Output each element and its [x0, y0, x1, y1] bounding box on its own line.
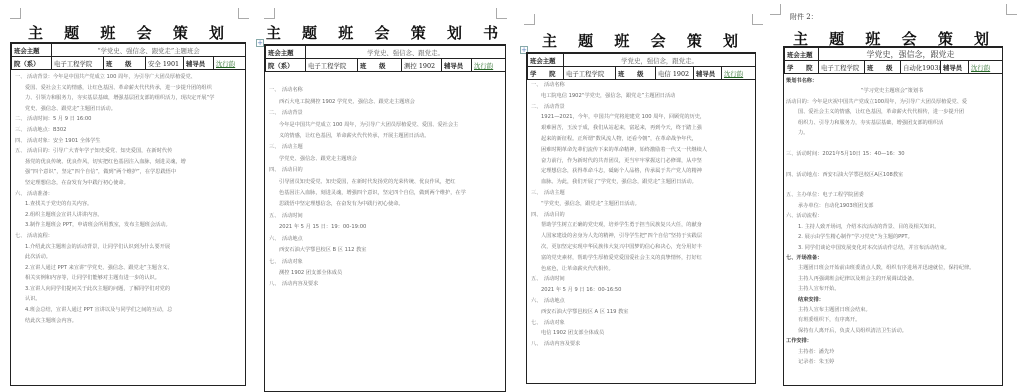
body-line: 强“四个意识”，坚定“四个自信”，做到“两个维护”，在学思践悟中 [15, 167, 241, 178]
theme-value: 学党史，强信念，跟党走。 [564, 54, 756, 67]
body-line: 电工院电信 1902“学党史，强信念，跟党走”主题团日活动 [531, 91, 751, 102]
body-line: 六、 活动地点 [531, 296, 751, 307]
body-line: 力。 [786, 128, 998, 138]
body-line: 七、开场准备： [786, 253, 998, 263]
document-page-4: 附件 2： 主 题 班 会 策 划 书 班会主题 学党史，强信念，跟党走 学 院… [770, 0, 1024, 392]
body-line: 二、 活动背景 [531, 102, 751, 113]
body-line: 色基因注入血脉，刻进灵魂，增强四个意识，坚定四个自信，做到两个维护，在学 [269, 188, 501, 199]
class-value: 电信 1902 [656, 67, 694, 80]
body-line: 结此次主题班会内容。 [15, 316, 241, 327]
theme-value: “学党史、强信念、跟党走”主题班会 [52, 44, 246, 57]
body-line [786, 138, 998, 148]
advisor-label: 辅导员 [694, 67, 722, 80]
crop-mark [524, 14, 535, 25]
body-line: 起来的新征程。正所谓“数风流人物，还看今朝”，在革命战争年代， [531, 134, 751, 145]
body-line: 主持者：潘先玲 [786, 347, 998, 357]
body-line: 承办单位：自动化1903班团支部 [786, 201, 998, 211]
class-label: 班 级 [358, 59, 402, 72]
table-move-handle-icon[interactable]: + [256, 39, 264, 47]
advisor-value: 沈行韵 [969, 61, 1003, 74]
body-line: 2.组织主题班会宣讲人讲讲内容。 [15, 210, 241, 221]
body-line: 色底色，让革命薪火代代相传。 [531, 264, 751, 275]
body-line: 电信 1902 团支部全体成员 [531, 328, 751, 339]
body-line: 3.宣讲人向同学们提问关于此次主题的问题，了解同学们对党的 [15, 284, 241, 295]
body-line: 四、活动地点：西安石油大学鄠邑校区A区108教室 [786, 170, 998, 180]
class-label: 班 级 [616, 67, 656, 80]
class-label: 班 级 [865, 61, 901, 74]
body-line: 党史、强信念、跟党走”主题团日活动。 [15, 104, 241, 115]
class-value: 安全 1901 [146, 57, 184, 70]
dept-label: 院（系） [266, 59, 306, 72]
body-line: “学党史，强信念，跟党走”主题团日活动。 [531, 199, 751, 210]
form-header-table: 班会主题 “学党史、强信念、跟党走”主题班会 院（系） 电子工程学院 班 级 安… [11, 43, 246, 70]
class-value: 测控 1902 [402, 59, 442, 72]
body-line: 六、 活动地点 [269, 234, 501, 245]
body-line: 扬党的优良传统、优良作风，切实把红色基因注入血脉，刻进灵魂，增 [15, 157, 241, 168]
body-line: 测控 1902 团支部全体成员 [269, 268, 501, 279]
body-line: 坚定理想信念，在奋发有为中践行初心使命。 [15, 178, 241, 189]
body-line: 一、 活动名称 [531, 80, 751, 91]
body-line: 富的党史素材，帮助学生厚植爱党爱国爱社会主义的真挚情怀，打好红 [531, 253, 751, 264]
plan-body: 策划书名称：“学习党史主题班会”策划书活动目的：今年是庆祝中国共产党成立100周… [784, 74, 1002, 369]
body-line: 3.制作主题班会 PPT，申请班会所用教室，发布主题班会活动。 [15, 220, 241, 231]
body-line: 国、爱社会主义的情感，让红色基因，革命薪火代代相传，进一步提升团 [786, 107, 998, 117]
body-line: 1. 主持人致开场词，介绍本次活动的背景、目的及相关知识。 [786, 222, 998, 232]
page-title: 主 题 班 会 策 划 书 [264, 22, 508, 43]
body-line: 2.宣讲人通过 PPT 来宣讲“学党史、强信念、跟党走”主题含义、 [15, 263, 241, 274]
body-line: 定理想信念，获得革命斗志，砥砺个人品格，传承属于共产党人的精神 [531, 166, 751, 177]
body-line: 三、 活动主题 [269, 142, 501, 153]
crop-mark [10, 8, 21, 19]
body-line: 1.介绍此次主题班会的活动背景，让同学们认识到为什么要开展 [15, 242, 241, 253]
body-line: 二、 活动背景 [269, 108, 501, 119]
plan-form: 班会主题 “学党史、强信念、跟党走”主题班会 院（系） 电子工程学院 班 级 安… [10, 42, 246, 386]
advisor-label: 辅导员 [442, 59, 472, 72]
document-page-3: 主 题 班 会 策 划 书 + 班会主题 学党史，强信念，跟党走。 学 院 电子… [512, 0, 770, 392]
body-line: 结束安排： [786, 295, 998, 305]
body-line: 一、 活动名称 [269, 85, 501, 96]
plan-form: 班会主题 学党史，强信念，跟党走。 学 院 电子工程学院 班 级 电信 1902… [526, 52, 756, 384]
body-line: 奋力前行，作为新时代的共青团员，更当牢牢掌握这门必修课，从中坚 [531, 156, 751, 167]
form-header-table: 班会主题 学党史，强信念，跟党走。 学 院 电子工程学院 班 级 电信 1902… [527, 53, 756, 80]
body-line: 血脉。为此，我们开展了“学党史，强信念，跟党走”主题团日活动。 [531, 177, 751, 188]
dept-label: 学 院 [785, 61, 819, 74]
plan-body: 一、 活动名称西石大电工院测控 1902 学党史、强信念、跟党走主题班会二、 活… [265, 72, 505, 293]
body-line: 四、 活动目的 [269, 165, 501, 176]
theme-label: 班会主题 [785, 48, 819, 61]
body-line: 西石大电工院测控 1902 学党史、强信念、跟党走主题班会 [269, 97, 501, 108]
body-line: 主题团日班会开始前由班委清点人数，组织有序进场并迅速就位，保持纪律。 [786, 263, 998, 273]
class-label: 班 级 [104, 57, 146, 70]
class-value: 自动化1903班 [901, 61, 941, 74]
body-line: 组织力、引导力和服务力，夯实基层基础，增强团支部的组织活 [786, 118, 998, 128]
crop-mark [1006, 4, 1017, 15]
form-header-table: 班会主题 学党史，强信念，跟党走 学 院 电子工程学院 班 级 自动化1903班… [784, 47, 1003, 74]
body-line: 2021 年 5 月 15 日：19：00-19:00 [269, 222, 501, 233]
body-line: 三、 活动主题 [531, 188, 751, 199]
body-line: 西安石油大学鄠邑校区 A 区 119 教室 [531, 307, 751, 318]
body-line: 主持人宣布开始。 [786, 284, 998, 294]
body-line: 保持有人离开后，负责人员组织清洁卫生活动。 [786, 326, 998, 336]
body-line: 三、 活动地点：B302 [15, 125, 241, 136]
body-line: 策划书名称： [786, 76, 998, 86]
crop-mark [238, 8, 249, 19]
dept-value: 电子工程学院 [564, 67, 616, 80]
body-line: 认识。 [15, 294, 241, 305]
dept-label: 院（系） [12, 57, 52, 70]
theme-label: 班会主题 [528, 54, 564, 67]
body-line: 主持人再强调班会纪律以及班会主的开展调试设备。 [786, 274, 998, 284]
body-line: 西安石油大学鄠邑校区 B 区 112 教室 [269, 245, 501, 256]
dept-label: 学 院 [528, 67, 564, 80]
body-line: 六、活动流程： [786, 211, 998, 221]
body-line: 帮助学生树立正确的党史观，培养学生勇于担当民族复兴大任，的献身 [531, 220, 751, 231]
body-line: 七、 活动对象 [531, 318, 751, 329]
crop-mark [264, 8, 275, 19]
body-line: 五、 活动目的：引导广大青年学子知史爱党、知史爱国，在新时代传 [15, 146, 241, 157]
body-line: 五、 活动时间 [269, 211, 501, 222]
body-line: 今年是中国共产党成立 100 周年，为引导广大团员厚植爱党、爱国、爱社会主 [269, 120, 501, 131]
body-line: 思践悟中坚定理想信念，在奋发有为中践行初心使命。 [269, 199, 501, 210]
plan-body: 一、 活动背景：今年是中国共产党成立 100 周年，为引导广大团员厚植爱党、爱国… [11, 70, 245, 328]
theme-label: 班会主题 [12, 44, 52, 57]
body-line: 3. 同学们谈论中国发展变化对本次活动作总结，并宣布活动结束。 [786, 243, 998, 253]
body-line: 2021 年 5 月 9 日 16：00-16:50 [531, 285, 751, 296]
advisor-value: 沈行韵 [214, 57, 246, 70]
body-line: 力、引领力和服务力，夯实基层基础，增强基层团支部的组织活力，现决定开展“学 [15, 93, 241, 104]
body-line: 七、 活动流程： [15, 231, 241, 242]
plan-form: 班会主题 学党史，强信念，跟党走 学 院 电子工程学院 班 级 自动化1903班… [783, 46, 1003, 386]
body-line: 爱国、爱社会主义的情感，让红色基因、革命薪火代代传承，进一步提升团的组织 [15, 83, 241, 94]
body-line: 八、 活动内容及要求 [531, 339, 751, 350]
form-header-table: 班会主题 学党史、强信念、跟党走。 院（系） 电子工程学院 班 级 测控 190… [265, 45, 506, 72]
crop-mark [496, 8, 507, 19]
body-line: 1921—2021，今年，中国共产党将迎建党 100 周年，回顾党的历史， [531, 112, 751, 123]
body-line: 四、 活动对象：安全 1901 全体学生 [15, 136, 241, 147]
advisor-label: 辅导员 [184, 57, 214, 70]
body-line: 引导团员知史爱党、知史爱国，在新时代发扬党的光荣传统、优良作风，把红 [269, 177, 501, 188]
body-line: 此次活动。 [15, 252, 241, 263]
body-line: 主持人宣布主题团日班会结束。 [786, 305, 998, 315]
body-line [269, 74, 501, 85]
theme-value: 学党史、强信念、跟党走。 [306, 46, 506, 59]
body-line: 次，更加坚定实现中华民族伟大复兴中国梦的信心和决心，充分用好丰 [531, 242, 751, 253]
body-line: 有班委组织下，有序离开。 [786, 315, 998, 325]
document-page-2: 主 题 班 会 策 划 书 + 班会主题 学党史、强信念、跟党走。 院（系） 电… [256, 0, 512, 392]
plan-form: 班会主题 学党史、强信念、跟党走。 院（系） 电子工程学院 班 级 测控 190… [264, 44, 506, 392]
dept-value: 电子工程学院 [52, 57, 104, 70]
body-line: 七、 活动对象 [269, 257, 501, 268]
body-line [786, 180, 998, 190]
body-line: 工作安排： [786, 336, 998, 346]
body-line: 四、 活动目的 [531, 210, 751, 221]
body-line: 义的情感，让红色基因，革命薪火代代传承，开展主题团日活动。 [269, 131, 501, 142]
body-line [786, 159, 998, 169]
body-line: 记录者：朱玉婷 [786, 357, 998, 367]
dept-value: 电子工程学院 [819, 61, 865, 74]
plan-body: 一、 活动名称电工院电信 1902“学党史，强信念，跟党走”主题团日活动二、 活… [527, 80, 755, 352]
body-line: 人国家建设的舍身为人先的精神，引导学生把“四个自信”坚持于实践层 [531, 231, 751, 242]
advisor-value: 沈行韵 [472, 59, 506, 72]
advisor-value: 沈行韵 [722, 67, 756, 80]
body-line: 一、 活动背景：今年是中国共产党成立 100 周年，为引导广大团员厚植爱党、 [15, 72, 241, 83]
body-line: 活动目的：今年是庆祝中国共产党成立100周年，为引导广大团员厚植爱党、爱 [786, 97, 998, 107]
crop-mark [770, 4, 781, 15]
body-line: 五、 活动时间 [531, 274, 751, 285]
body-line: 2. 展示由学生精心制作“学习党史”为主题的PPT。 [786, 232, 998, 242]
body-line: 六、 活动准备： [15, 189, 241, 200]
body-line: 相关实例和内容等，让同学们能够对主题有进一步的认识。 [15, 273, 241, 284]
body-line: 困难时期革命先辈们流传下来的革命精神，始终激励着一代又一代继续人 [531, 145, 751, 156]
body-line: “学习党史主题班会”策划书 [786, 86, 998, 96]
body-line: 八、 活动内容及要求 [269, 279, 501, 290]
crop-mark [752, 14, 763, 25]
body-line: 二、 活动时间：5 月 9 日 16:00 [15, 114, 241, 125]
advisor-label: 辅导员 [941, 61, 969, 74]
annex-label: 附件 2： [790, 12, 818, 22]
dept-value: 电子工程学院 [306, 59, 358, 72]
body-line: 1.查找关于党史的有关内容。 [15, 199, 241, 210]
body-line: 4.班会总结，宣讲人通过 PPT 宣讲以及与同学们之间的互动，总 [15, 305, 241, 316]
theme-label: 班会主题 [266, 46, 306, 59]
document-page-1: 主 题 班 会 策 划 书 班会主题 “学党史、强信念、跟党走”主题班会 院（系… [0, 0, 256, 392]
theme-value: 学党史，强信念，跟党走 [819, 48, 1003, 61]
body-line: 学党史、强信念、跟党走主题班会 [269, 154, 501, 165]
body-line: 艰难困苦，玉汝于成，我们从站起来，富起来，再到今天，终于踏上强 [531, 123, 751, 134]
body-line: 五、主办单位：电子工程学院团委 [786, 190, 998, 200]
body-line: 三、活动时间：2021年5月10日 15：40—16：30 [786, 149, 998, 159]
